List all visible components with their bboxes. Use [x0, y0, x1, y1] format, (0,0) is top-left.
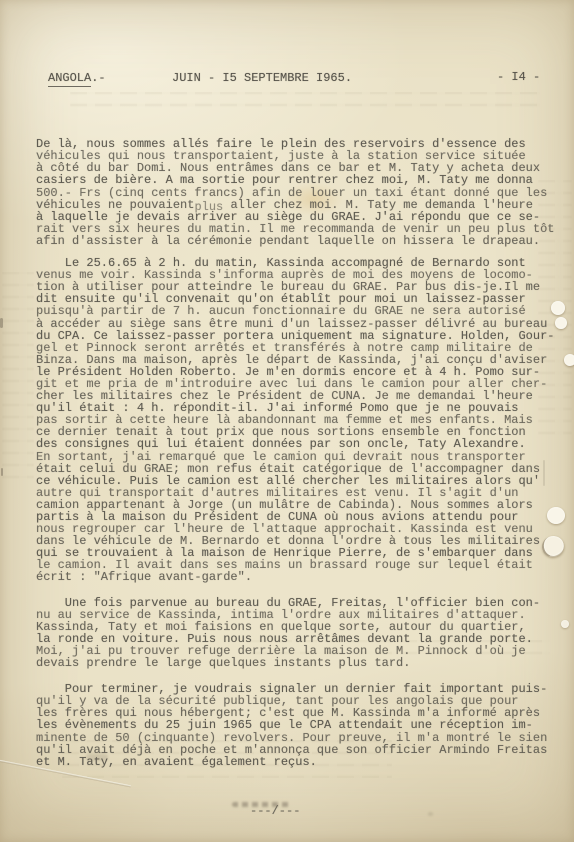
- text-line: nu au service de Kassinda, intima l'ordr…: [36, 609, 566, 621]
- pencil-smudge: [86, 754, 108, 761]
- text-line: les évènements du 25 juin 1965 que le CP…: [36, 719, 566, 731]
- text-line: ce véhicule. Puis le camion est allé che…: [36, 475, 566, 487]
- text-line: devais prendre le large quelques instant…: [36, 657, 566, 669]
- paper-hole: [555, 317, 567, 329]
- text-line: véhicules ne pouvaientplus aller chez mo…: [36, 199, 566, 211]
- paper-hole: [561, 620, 569, 628]
- text-line: Une fois parvenue au bureau du GRAE, Fre…: [36, 597, 566, 609]
- text-line: qu'il avait déjà en poche et m'annonça q…: [36, 744, 566, 756]
- text-line: casiers de bière. A ma sortie pour rentr…: [36, 174, 566, 186]
- paragraph: Une fois parvenue au bureau du GRAE, Fre…: [36, 597, 566, 670]
- text-line: afin d'assister à la cérémonie pendant l…: [36, 235, 566, 247]
- document-title: ANGOLA.-: [48, 72, 106, 84]
- pencil-smudge: [232, 802, 290, 807]
- paragraph: Pour terminer, je voudrais signaler un d…: [36, 683, 566, 768]
- text-line: En sortant, j'ai remarqué que le camion …: [36, 451, 566, 463]
- paper-hole: [564, 354, 574, 366]
- page-header: ANGOLA.- JUIN - I5 SEPTEMBRE I965. - I4 …: [0, 72, 574, 88]
- scan-speck: [0, 318, 3, 328]
- text-line: du CPA. Ce laissez-passer portera unique…: [36, 330, 566, 342]
- paragraph: De là, nous sommes allés faire le plein …: [36, 138, 566, 247]
- text-line: puisqu'à partir de 7 h. aucun fonctionna…: [36, 305, 566, 317]
- text-line: des consignes qui lui étaient données pa…: [36, 438, 566, 450]
- scan-speck: [543, 460, 545, 486]
- ink-bleedthrough: [70, 92, 540, 116]
- paragraph: Le 25.6.65 à 2 h. du matin, Kassinda acc…: [36, 257, 566, 584]
- date-range: JUIN - I5 SEPTEMBRE I965.: [172, 72, 352, 84]
- page-number: - I4 -: [497, 71, 540, 83]
- text-line: gel et Pinnock seront arrêtés et transfé…: [36, 342, 566, 354]
- text-line: écrit : "Afrique avant-garde".: [36, 571, 566, 583]
- paragraphs: De là, nous sommes allés faire le plein …: [36, 138, 566, 768]
- document-title-text: ANGOLA: [48, 71, 91, 87]
- paper-hole: [551, 301, 565, 315]
- text-line: minente de 50 (cinquante) revolvers. Pou…: [36, 732, 566, 744]
- text-line: et M. Taty, en avaient également reçus.: [36, 756, 566, 768]
- pencil-smudge: [428, 812, 433, 816]
- paper-hole: [547, 507, 565, 524]
- text-line: à accéder au siège sans être muni d'un l…: [36, 318, 566, 330]
- document-title-suffix: .-: [91, 71, 105, 85]
- text-line: était celui du GRAE; mon refus était cat…: [36, 463, 566, 475]
- scan-speck: [1, 468, 3, 476]
- end-separator: ---/---: [250, 805, 566, 817]
- document-body: De là, nous sommes allés faire le plein …: [36, 114, 566, 841]
- ink-bleedthrough: [2, 272, 34, 482]
- scanned-document-page: ANGOLA.- JUIN - I5 SEPTEMBRE I965. - I4 …: [0, 0, 574, 842]
